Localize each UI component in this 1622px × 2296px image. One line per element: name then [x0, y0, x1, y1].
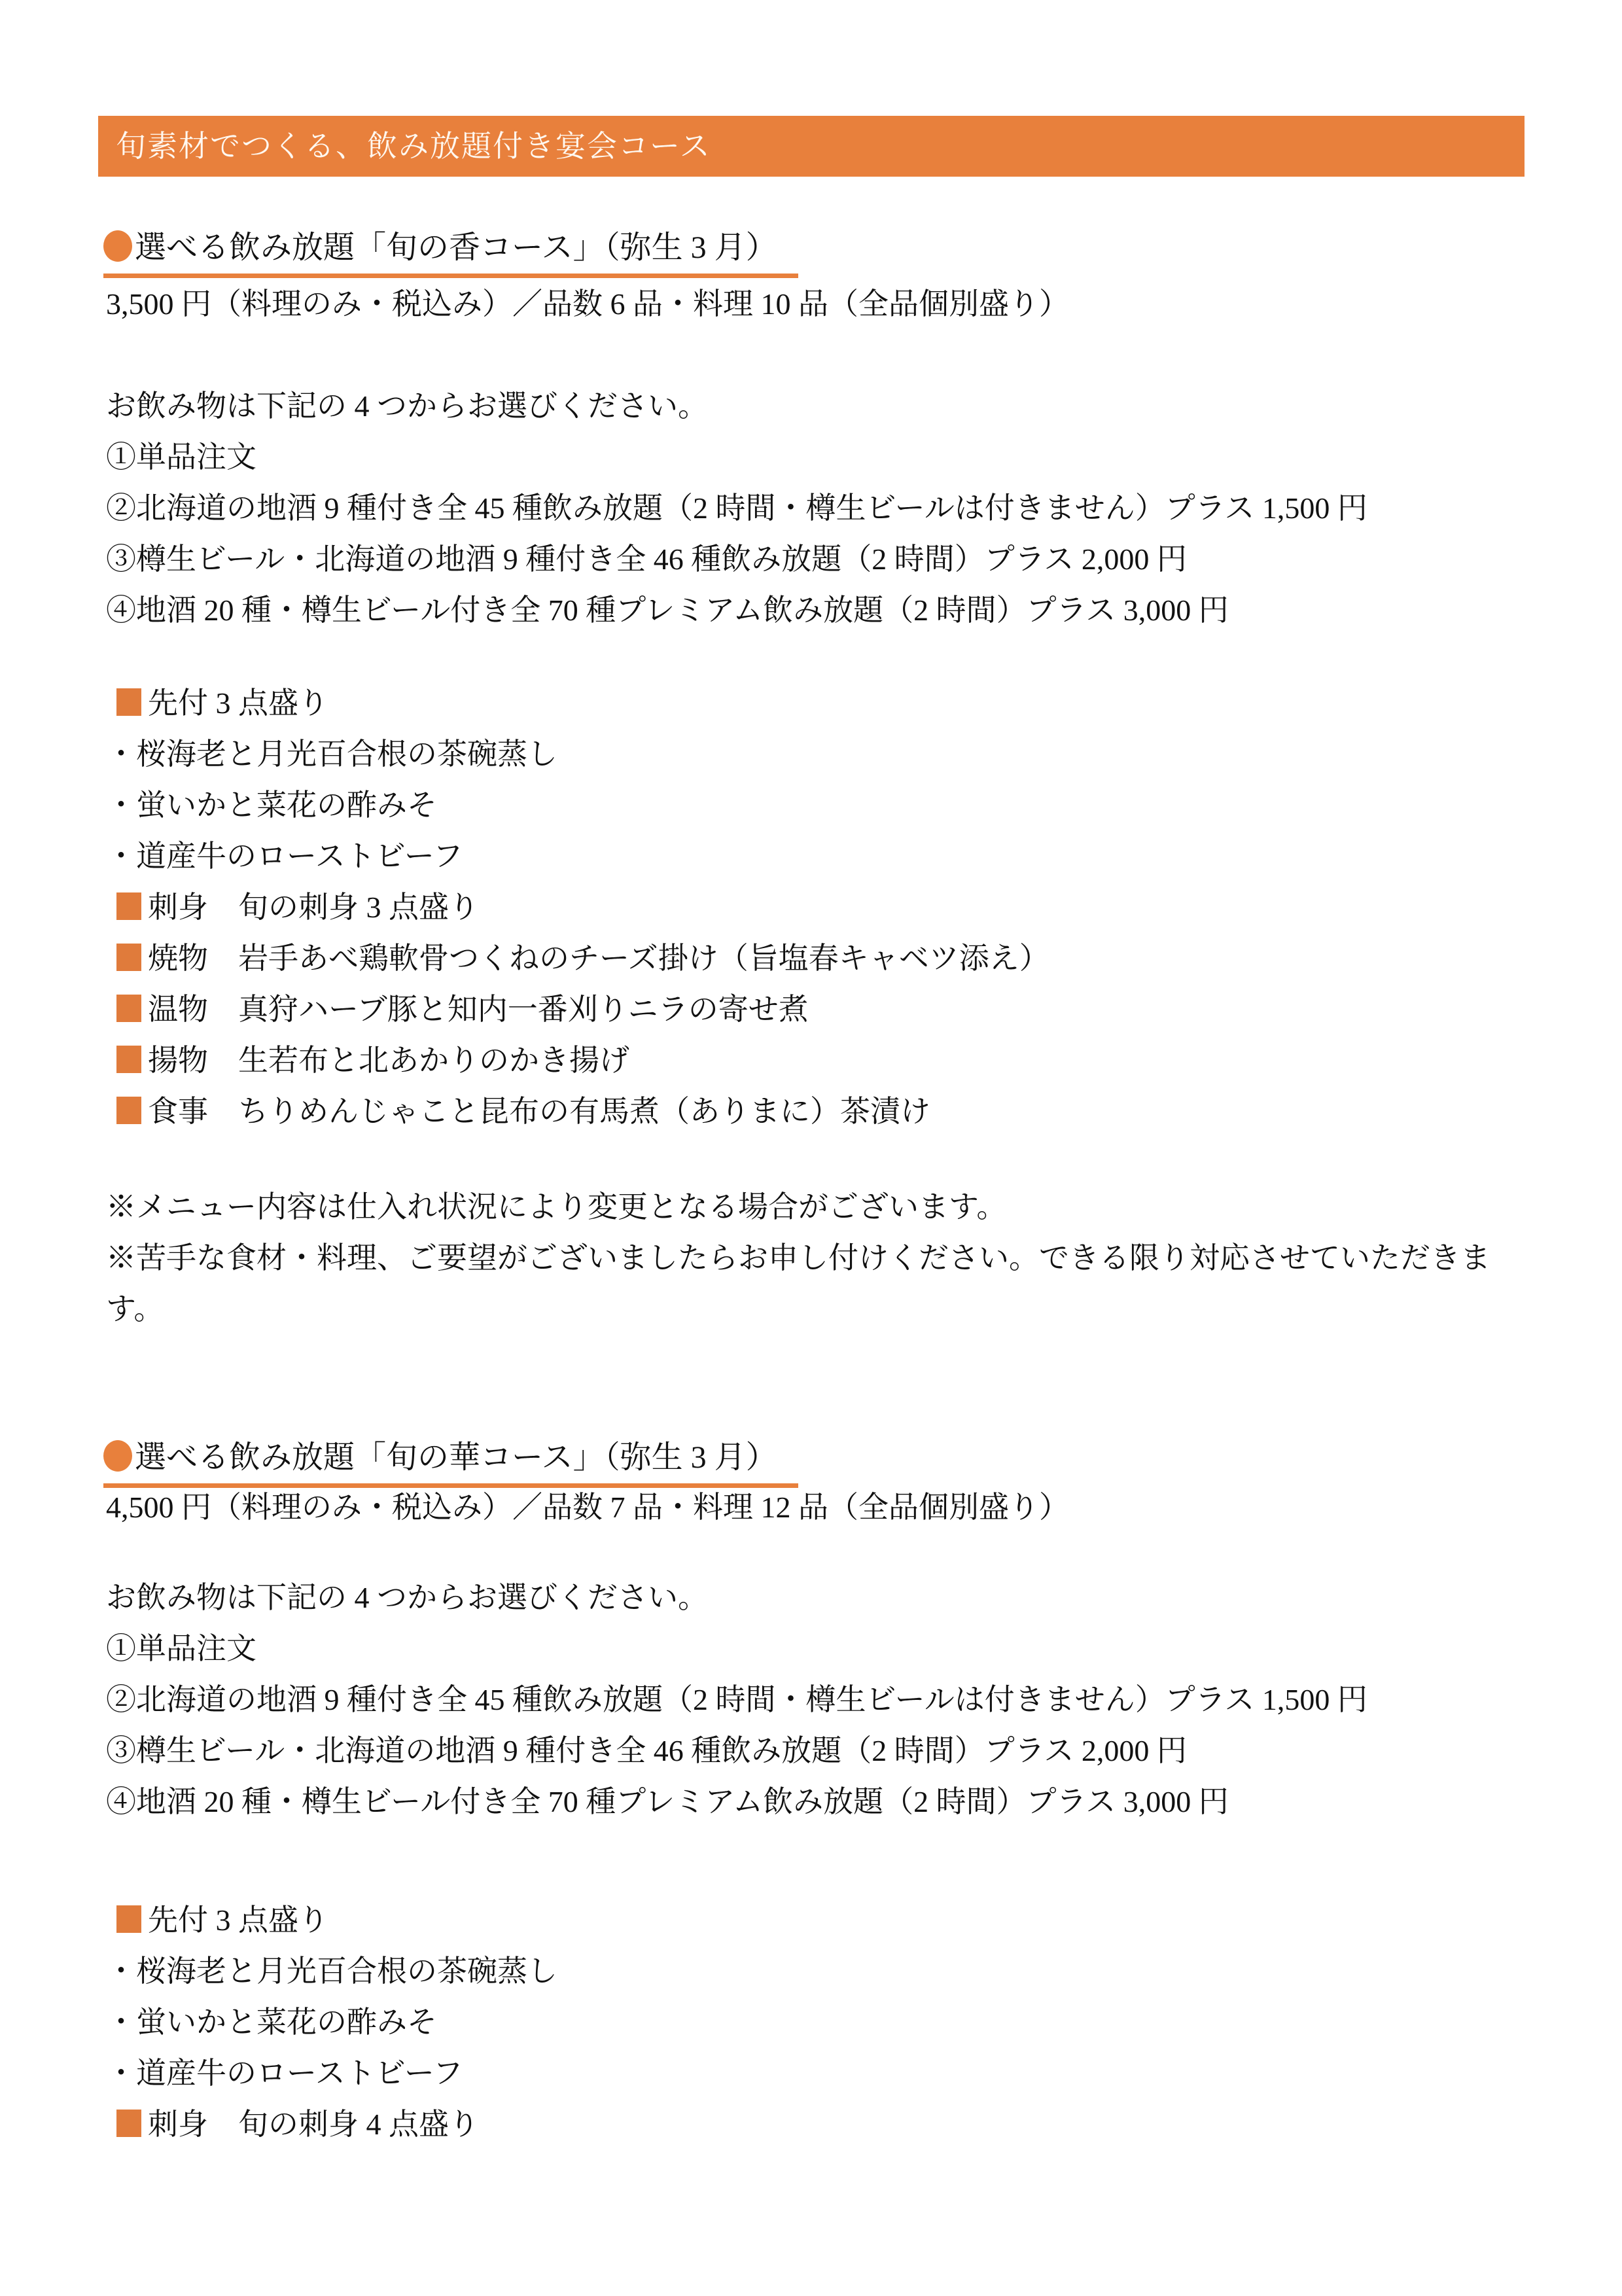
course-2-menu-items: 先付 3 点盛り ・桜海老と月光百合根の茶碗蒸し ・蛍いかと菜花の酢みそ ・道産…	[98, 1895, 1532, 2150]
course-1-menu-items: 先付 3 点盛り ・桜海老と月光百合根の茶碗蒸し ・蛍いかと菜花の酢みそ ・道産…	[98, 678, 1532, 1137]
drink-option: ④地酒 20 種・樽生ビール付き全 70 種プレミアム飲み放題（2 時間）プラス…	[106, 1776, 1532, 1828]
square-bullet-icon	[116, 1905, 141, 1933]
note-line: ※メニュー内容は仕入れ状況により変更となる場合がございます。	[106, 1182, 1532, 1233]
dot-bullet: ・	[106, 2057, 136, 2090]
course-2-drink-options: ①単品注文 ②北海道の地酒 9 種付き全 45 種飲み放題（2 時間・樽生ビール…	[98, 1623, 1532, 1828]
square-bullet-icon	[116, 1046, 141, 1073]
dot-bullet: ・	[106, 788, 136, 822]
menu-item-text: 道産牛のローストビーフ	[136, 2057, 463, 2090]
dot-bullet: ・	[106, 1954, 136, 1988]
drink-option: ①単品注文	[106, 432, 1532, 483]
course-2-drinks-intro: お飲み物は下記の 4 つからお選びください。	[98, 1572, 1532, 1623]
menu-item: 刺身 旬の刺身 4 点盛り	[106, 2099, 1532, 2150]
menu-item: ・道産牛のローストビーフ	[106, 831, 1532, 882]
price-text: 4,500 円（料理のみ・税込み）／品数 7 品・料理 12 品（全品個別盛り）	[106, 1482, 1532, 1533]
menu-item: 食事 ちりめんじゃこと昆布の有馬煮（ありまに）茶漬け	[106, 1086, 1532, 1137]
course-2-heading-row: 選べる飲み放題「旬の華コース」（弥生 3 月）	[98, 1432, 1525, 1488]
course-2-heading: 選べる飲み放題「旬の華コース」（弥生 3 月）	[135, 1440, 777, 1475]
menu-item: ・桜海老と月光百合根の茶碗蒸し	[106, 1946, 1532, 1997]
menu-item: 焼物 岩手あべ鶏軟骨つくねのチーズ掛け（旨塩春キャベツ添え）	[106, 933, 1532, 984]
drink-option: ②北海道の地酒 9 種付き全 45 種飲み放題（2 時間・樽生ビールは付きません…	[106, 1674, 1532, 1725]
menu-item-text: 刺身 旬の刺身 3 点盛り	[148, 891, 479, 924]
course-1-drinks-intro: お飲み物は下記の 4 つからお選びください。	[98, 381, 1532, 432]
menu-item: ・蛍いかと菜花の酢みそ	[106, 1997, 1532, 2048]
menu-item: 温物 真狩ハーブ豚と知内一番刈りニラの寄せ煮	[106, 984, 1532, 1035]
menu-item-text: 食事 ちりめんじゃこと昆布の有馬煮（ありまに）茶漬け	[148, 1095, 930, 1128]
course-1-price-line: 3,500 円（料理のみ・税込み）／品数 6 品・料理 10 品（全品個別盛り）	[98, 279, 1532, 330]
circle-bullet-icon	[103, 230, 132, 262]
course-2-price-line: 4,500 円（料理のみ・税込み）／品数 7 品・料理 12 品（全品個別盛り）	[98, 1482, 1532, 1533]
drink-option: ③樽生ビール・北海道の地酒 9 種付き全 46 種飲み放題（2 時間）プラス 2…	[106, 534, 1532, 585]
menu-item: 先付 3 点盛り	[106, 678, 1532, 729]
square-bullet-icon	[116, 944, 141, 971]
menu-item: ・桜海老と月光百合根の茶碗蒸し	[106, 729, 1532, 780]
drinks-intro-text: お飲み物は下記の 4 つからお選びください。	[106, 381, 1532, 432]
price-text: 3,500 円（料理のみ・税込み）／品数 6 品・料理 10 品（全品個別盛り）	[106, 279, 1532, 330]
page-title: 旬素材でつくる、飲み放題付き宴会コース	[98, 116, 1525, 177]
square-bullet-icon	[116, 688, 141, 716]
menu-item-text: 揚物 生若布と北あかりのかき揚げ	[148, 1044, 629, 1077]
document-page: 旬素材でつくる、飲み放題付き宴会コース 選べる飲み放題「旬の香コース」（弥生 3…	[0, 0, 1622, 2296]
notes: ※メニュー内容は仕入れ状況により変更となる場合がございます。 ※苦手な食材・料理…	[98, 1182, 1532, 1335]
square-bullet-icon	[116, 892, 141, 920]
course-2-heading-underline: 選べる飲み放題「旬の華コース」（弥生 3 月）	[103, 1432, 798, 1488]
drink-option: ②北海道の地酒 9 種付き全 45 種飲み放題（2 時間・樽生ビールは付きません…	[106, 483, 1532, 534]
course-1-heading-row: 選べる飲み放題「旬の香コース」（弥生 3 月）	[98, 222, 1525, 278]
menu-item-text: 先付 3 点盛り	[148, 1903, 328, 1937]
drink-option: ③樽生ビール・北海道の地酒 9 種付き全 46 種飲み放題（2 時間）プラス 2…	[106, 1725, 1532, 1776]
menu-item: 刺身 旬の刺身 3 点盛り	[106, 882, 1532, 933]
menu-item-text: 桜海老と月光百合根の茶碗蒸し	[136, 737, 557, 771]
page-title-banner: 旬素材でつくる、飲み放題付き宴会コース	[98, 116, 1525, 177]
drinks-intro-text: お飲み物は下記の 4 つからお選びください。	[106, 1572, 1532, 1623]
square-bullet-icon	[116, 995, 141, 1022]
menu-item-text: 蛍いかと菜花の酢みそ	[136, 788, 437, 822]
course-1-drink-options: ①単品注文 ②北海道の地酒 9 種付き全 45 種飲み放題（2 時間・樽生ビール…	[98, 432, 1532, 636]
menu-item: ・蛍いかと菜花の酢みそ	[106, 780, 1532, 831]
menu-item-text: 桜海老と月光百合根の茶碗蒸し	[136, 1954, 557, 1988]
menu-item: 先付 3 点盛り	[106, 1895, 1532, 1946]
menu-item: ・道産牛のローストビーフ	[106, 2048, 1532, 2099]
menu-item-text: 刺身 旬の刺身 4 点盛り	[148, 2108, 479, 2141]
menu-item-text: 道産牛のローストビーフ	[136, 839, 463, 873]
note-line: ※苦手な食材・料理、ご要望がございましたらお申し付けください。できる限り対応させ…	[106, 1233, 1532, 1335]
dot-bullet: ・	[106, 737, 136, 771]
course-1-heading: 選べる飲み放題「旬の香コース」（弥生 3 月）	[135, 230, 777, 265]
square-bullet-icon	[116, 2110, 141, 2137]
menu-item: 揚物 生若布と北あかりのかき揚げ	[106, 1035, 1532, 1086]
menu-item-text: 先付 3 点盛り	[148, 686, 328, 720]
square-bullet-icon	[116, 1097, 141, 1124]
menu-item-text: 焼物 岩手あべ鶏軟骨つくねのチーズ掛け（旨塩春キャベツ添え）	[148, 942, 1049, 975]
menu-item-text: 温物 真狩ハーブ豚と知内一番刈りニラの寄せ煮	[148, 993, 809, 1026]
drink-option: ④地酒 20 種・樽生ビール付き全 70 種プレミアム飲み放題（2 時間）プラス…	[106, 585, 1532, 636]
dot-bullet: ・	[106, 839, 136, 873]
menu-item-text: 蛍いかと菜花の酢みそ	[136, 2005, 437, 2039]
course-1-heading-underline: 選べる飲み放題「旬の香コース」（弥生 3 月）	[103, 222, 798, 278]
circle-bullet-icon	[103, 1440, 132, 1472]
drink-option: ①単品注文	[106, 1623, 1532, 1674]
dot-bullet: ・	[106, 2005, 136, 2039]
